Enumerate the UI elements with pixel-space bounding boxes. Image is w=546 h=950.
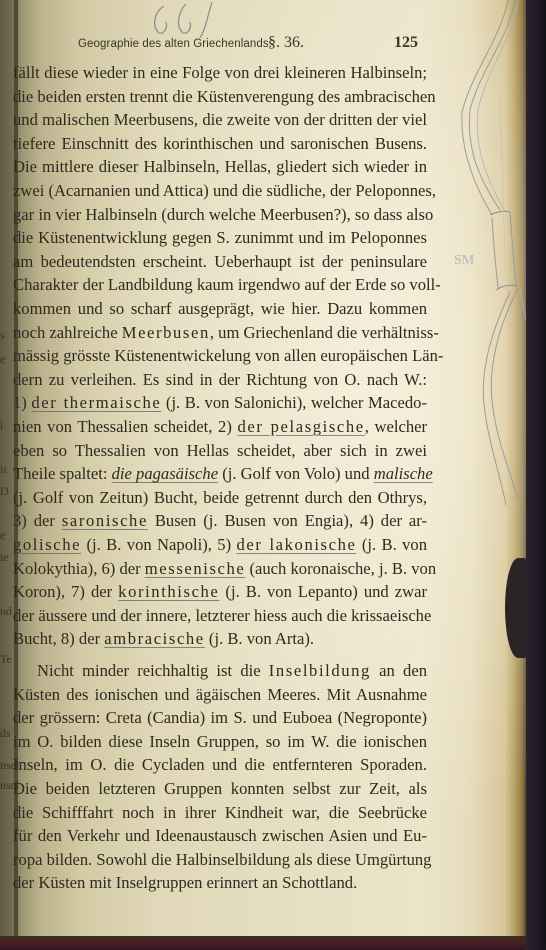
emphasized-term: Inselbildung <box>269 661 371 680</box>
text-line: gar in vier Halbinseln (durch welche Mee… <box>13 204 427 226</box>
text-line: (j. Golf von Zeitun) Bucht, beide getren… <box>13 487 427 509</box>
text-line: Küsten des ionischen und ägäischen Meere… <box>13 684 427 706</box>
text-line: der grössern: Creta (Candia) im S. und E… <box>13 707 427 729</box>
text-line: Die mittlere dieser Halbinseln, Hellas, … <box>13 156 427 178</box>
pencil-sketch-icon: SM <box>440 0 530 510</box>
text-line: tiefere Einschnitt des korinthischen und… <box>13 133 427 155</box>
page-header: Geographie des alten Griechenlands. §. 3… <box>78 34 418 54</box>
text-line: 1) der thermaische (j. B. von Salonichi)… <box>13 392 427 414</box>
text-span: , welcher <box>365 417 427 436</box>
text-span: Bucht, 8) der <box>13 629 104 648</box>
emphasized-term: der lakonische <box>237 535 357 554</box>
emphasized-term: der thermaische <box>31 393 161 412</box>
emphasized-term: die pagasäische <box>112 464 218 483</box>
svg-text:SM: SM <box>454 253 475 268</box>
emphasized-term: der pelasgische <box>237 417 364 436</box>
text-line: eben so Thessalien von Hellas scheidet, … <box>13 440 427 462</box>
text-line: Inseln, im O. die Cycladen und die entfe… <box>13 754 427 776</box>
text-line: dern zu verleihen. Es sind in der Richtu… <box>13 369 427 391</box>
text-span: Theile spaltet: <box>13 464 112 483</box>
text-line: der Küsten mit Inselgruppen erinnert an … <box>13 872 427 894</box>
emphasized-term: saronische <box>62 511 148 530</box>
facing-fragment: l <box>0 418 3 433</box>
emphasized-term: messenische <box>145 559 246 578</box>
text-line: kommen und so scharf ausgeprägt, wie hie… <box>13 298 427 320</box>
text-span: Nicht minder reichhaltig ist die <box>37 661 269 680</box>
text-line: für den Verkehr und Ideenaustausch zwisc… <box>13 825 427 847</box>
text-span: nien von Thessalien scheidet, 2) <box>13 417 237 436</box>
book-page-scan: s e l ir D e ie nd Te ds nsel nsel SM Ge… <box>0 0 546 950</box>
text-line: Theile spaltet: die pagasäische (j. Golf… <box>13 463 427 485</box>
text-line: am bedeutendsten erscheint. Ueberhaupt i… <box>13 251 427 273</box>
ink-stain <box>505 558 527 658</box>
emphasized-term: Meerbusen <box>122 323 210 342</box>
text-span: (j. B. von Lepanto) und zwar <box>219 582 427 601</box>
emphasized-term: ambracische <box>104 629 205 648</box>
text-line: Bucht, 8) der ambracische (j. B. von Art… <box>13 628 427 650</box>
text-line: Koron), 7) der korinthische (j. B. von L… <box>13 581 427 603</box>
text-line: Nicht minder reichhaltig ist die Inselbi… <box>13 660 427 682</box>
text-line: 3) der saronische Busen (j. Busen von En… <box>13 510 427 532</box>
text-line: ropa bilden. Sowohl die Halbinselbildung… <box>13 849 427 871</box>
text-line: mässig grösste Küstenentwickelung von al… <box>13 345 427 367</box>
text-span: 3) der <box>13 511 62 530</box>
text-span: 1) <box>13 393 31 412</box>
text-span: noch zahlreiche <box>13 323 122 342</box>
section-number: §. 36. <box>268 34 304 52</box>
text-line: golische (j. B. von Napoli), 5) der lako… <box>13 534 427 556</box>
facing-fragment: e <box>0 528 5 543</box>
text-span: , um Griechenland die verhältniss- <box>210 323 439 342</box>
text-line: die Schifffahrt noch in ihrer Kindheit w… <box>13 802 427 824</box>
text-line: im O. bilden diese Inseln Gruppen, so im… <box>13 731 427 753</box>
facing-fragment: ds <box>0 726 11 741</box>
text-span: (j. Golf von Volo) und <box>218 464 374 483</box>
page-number: 125 <box>394 34 418 52</box>
text-line: die beiden ersten trennt die Küstenveren… <box>13 86 427 108</box>
emphasized-term: korinthische <box>118 582 219 601</box>
text-line: Charakter der Landbildung kaum irgendwo … <box>13 274 427 296</box>
emphasized-term: golische <box>13 535 81 554</box>
facing-fragment: D <box>0 484 9 499</box>
text-line: Kolokythia), 6) der messenische (auch ko… <box>13 558 427 580</box>
text-span: (j. B. von Napoli), 5) <box>81 535 236 554</box>
facing-fragment: nd <box>0 604 12 619</box>
facing-fragment: e <box>0 352 5 367</box>
text-line: nien von Thessalien scheidet, 2) der pel… <box>13 416 427 438</box>
text-span: an den <box>371 661 427 680</box>
text-line: und malischen Meerbusens, die zweite von… <box>13 109 427 131</box>
text-line: Die beiden letzteren Gruppen konnten sel… <box>13 778 427 800</box>
running-title: Geographie des alten Griechenlands. <box>78 38 272 50</box>
text-line: die Küstenentwicklung gegen S. zunimmt u… <box>13 227 427 249</box>
facing-page-fragments: s e l ir D e ie nd Te ds nsel nsel <box>0 0 14 938</box>
text-span: Busen (j. Busen von Engia), 4) der ar- <box>148 511 427 530</box>
text-span: Koron), 7) der <box>13 582 118 601</box>
text-span: (j. B. von <box>356 535 427 554</box>
text-span: (auch koronaische, j. B. von <box>245 559 436 578</box>
book-edge-background <box>526 0 546 950</box>
facing-fragment: ie <box>0 550 9 565</box>
facing-fragment: ir <box>0 462 7 477</box>
emphasized-term: malische <box>374 464 433 483</box>
text-line-spacer <box>13 604 427 626</box>
page-bottom-edge <box>0 936 546 950</box>
text-span: (j. B. von Arta). <box>205 629 314 648</box>
text-line: fällt diese wieder in eine Folge von dre… <box>13 62 427 84</box>
facing-fragment: s <box>0 328 5 343</box>
text-line: noch zahlreiche Meerbusen, um Griechenla… <box>13 322 427 344</box>
text-line: zwei (Acarnanien und Attica) und die süd… <box>13 180 427 202</box>
facing-fragment: Te <box>0 652 12 667</box>
text-span: (j. B. von Salonichi), welcher Macedo- <box>161 393 427 412</box>
text-span: Kolokythia), 6) der <box>13 559 145 578</box>
